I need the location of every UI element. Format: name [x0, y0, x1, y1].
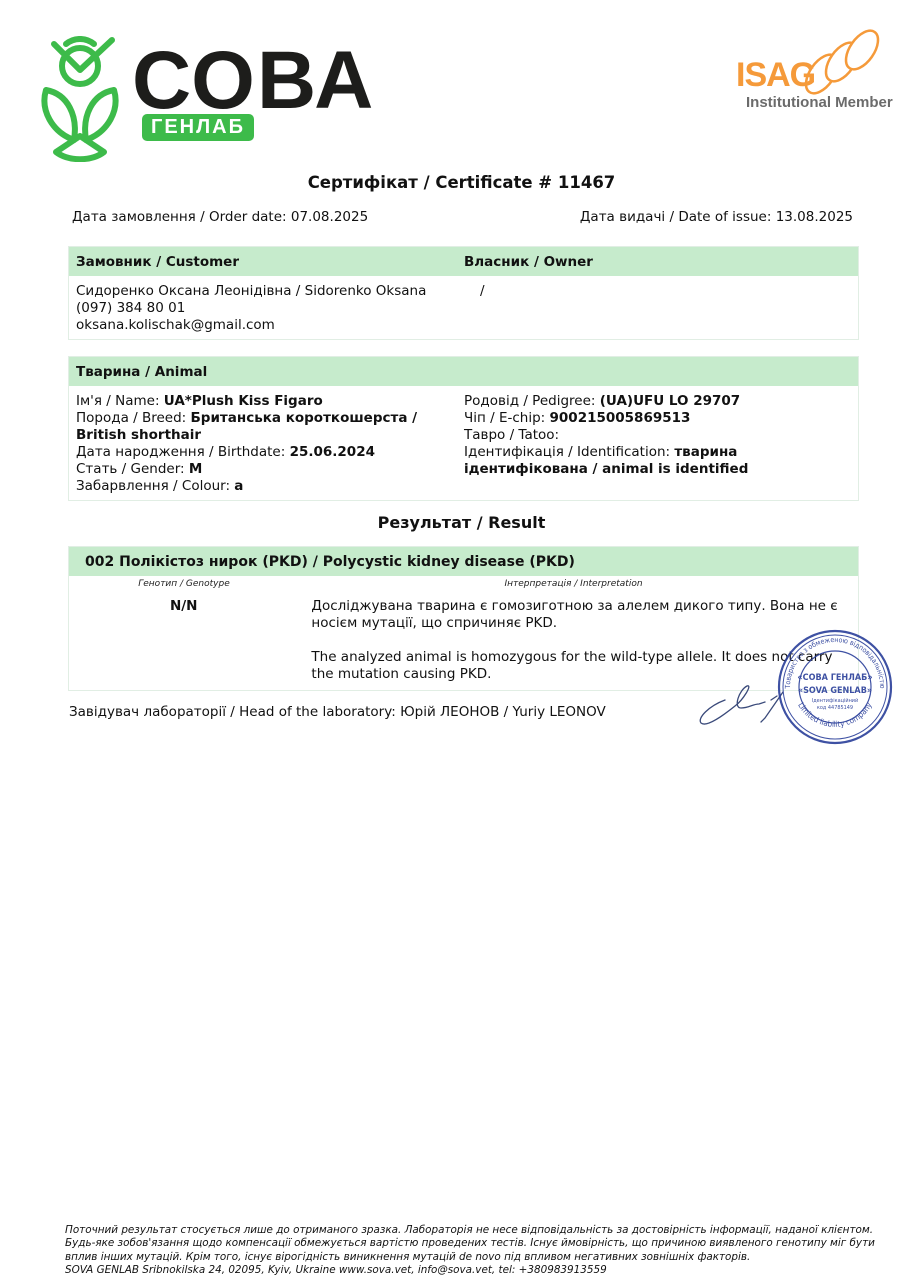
result-title: Результат / Result — [0, 513, 905, 532]
company-logo-wordmark: СОВА — [132, 40, 375, 122]
isag-member-caption: Institutional Member — [746, 95, 893, 110]
svg-text:Ідентифікаційний: Ідентифікаційний — [812, 697, 859, 704]
customer-section-header: Замовник / Customer Власник / Owner — [69, 247, 858, 276]
animal-name-label: Ім'я / Name: — [76, 393, 164, 409]
animal-chip-label: Чіп / E-chip: — [464, 410, 550, 426]
footer-disclaimer: Поточний результат стосується лише до от… — [65, 1224, 885, 1264]
animal-birthdate: 25.06.2024 — [290, 444, 375, 460]
issue-date-label: Дата видачі / Date of issue: — [580, 209, 776, 225]
animal-tattoo-row: Тавро / Tatoo: — [464, 427, 848, 444]
company-logo-badge: ГЕНЛАБ — [142, 114, 254, 141]
test-header: 002 Полікістоз нирок (PKD) / Polycystic … — [69, 547, 858, 576]
animal-chip: 900215005869513 — [550, 410, 691, 426]
footer-contacts: SOVA GENLAB Sribnokilska 24, 02095, Kyiv… — [65, 1264, 885, 1277]
customer-name: Сидоренко Оксана Леонідівна / Sidorenko … — [76, 283, 464, 300]
animal-pedigree: (UA)UFU LO 29707 — [600, 393, 740, 409]
animal-section-header: Тварина / Animal — [69, 357, 858, 386]
animal-name-row: Ім'я / Name: UA*Plush Kiss Figaro — [76, 393, 464, 410]
animal-identification-label: Ідентифікація / Identification: — [464, 444, 674, 460]
interpretation-ua: Досліджувана тварина є гомозиготною за а… — [311, 598, 858, 632]
animal-breed-label: Порода / Breed: — [76, 410, 191, 426]
isag-logo-text: ISAG — [736, 58, 815, 92]
animal-pedigree-row: Родовід / Pedigree: (UA)UFU LO 29707 — [464, 393, 848, 410]
svg-text:«СОВА ГЕНЛАБ»: «СОВА ГЕНЛАБ» — [797, 673, 872, 683]
animal-gender: M — [189, 461, 202, 477]
customer-phone: (097) 384 80 01 — [76, 300, 464, 317]
animal-tattoo-label: Тавро / Tatoo: — [464, 427, 559, 443]
svg-text:код 44785149: код 44785149 — [817, 705, 853, 711]
issue-date-value: 13.08.2025 — [776, 209, 853, 225]
owner-header: Власник / Owner — [464, 254, 858, 270]
issue-date: Дата видачі / Date of issue: 13.08.2025 — [580, 209, 853, 225]
animal-section: Тварина / Animal Ім'я / Name: UA*Plush K… — [68, 356, 859, 501]
animal-birthdate-row: Дата народження / Birthdate: 25.06.2024 — [76, 444, 464, 461]
animal-birthdate-label: Дата народження / Birthdate: — [76, 444, 290, 460]
animal-colour-row: Забарвлення / Colour: a — [76, 478, 464, 495]
customer-section: Замовник / Customer Власник / Owner Сидо… — [68, 246, 859, 340]
animal-colour: a — [234, 478, 243, 494]
animal-chip-row: Чіп / E-chip: 900215005869513 — [464, 410, 848, 427]
animal-breed-row: Порода / Breed: Британська короткошерста… — [76, 410, 464, 444]
animal-name: UA*Plush Kiss Figaro — [164, 393, 323, 409]
genotype-value: N/N — [69, 598, 298, 700]
order-date-value: 07.08.2025 — [291, 209, 368, 225]
genotype-column-header: Генотип / Genotype — [69, 579, 299, 589]
result-section: 002 Полікістоз нирок (PKD) / Polycystic … — [68, 546, 859, 691]
order-date-label: Дата замовлення / Order date: — [72, 209, 291, 225]
animal-header: Тварина / Animal — [69, 364, 464, 380]
footer: Поточний результат стосується лише до от… — [65, 1224, 885, 1277]
animal-gender-row: Стать / Gender: M — [76, 461, 464, 478]
head-of-laboratory: Завідувач лабораторії / Head of the labo… — [69, 704, 606, 720]
animal-gender-label: Стать / Gender: — [76, 461, 189, 477]
company-stamp-icon: Товариство з обмеженою відповідальністю … — [776, 628, 894, 746]
animal-colour-label: Забарвлення / Colour: — [76, 478, 234, 494]
owl-logo-icon — [38, 36, 122, 162]
certificate-title: Сертифікат / Certificate # 11467 — [0, 173, 905, 192]
order-date: Дата замовлення / Order date: 07.08.2025 — [72, 209, 368, 225]
animal-identification-row: Ідентифікація / Identification: тварина … — [464, 444, 848, 478]
svg-text:«SOVA GENLAB»: «SOVA GENLAB» — [798, 686, 872, 696]
animal-pedigree-label: Родовід / Pedigree: — [464, 393, 600, 409]
customer-header: Замовник / Customer — [69, 254, 464, 270]
owner-value: / — [480, 283, 858, 300]
customer-email: oksana.kolischak@gmail.com — [76, 317, 464, 334]
interpretation-column-header: Інтерпретація / Interpretation — [299, 579, 858, 589]
